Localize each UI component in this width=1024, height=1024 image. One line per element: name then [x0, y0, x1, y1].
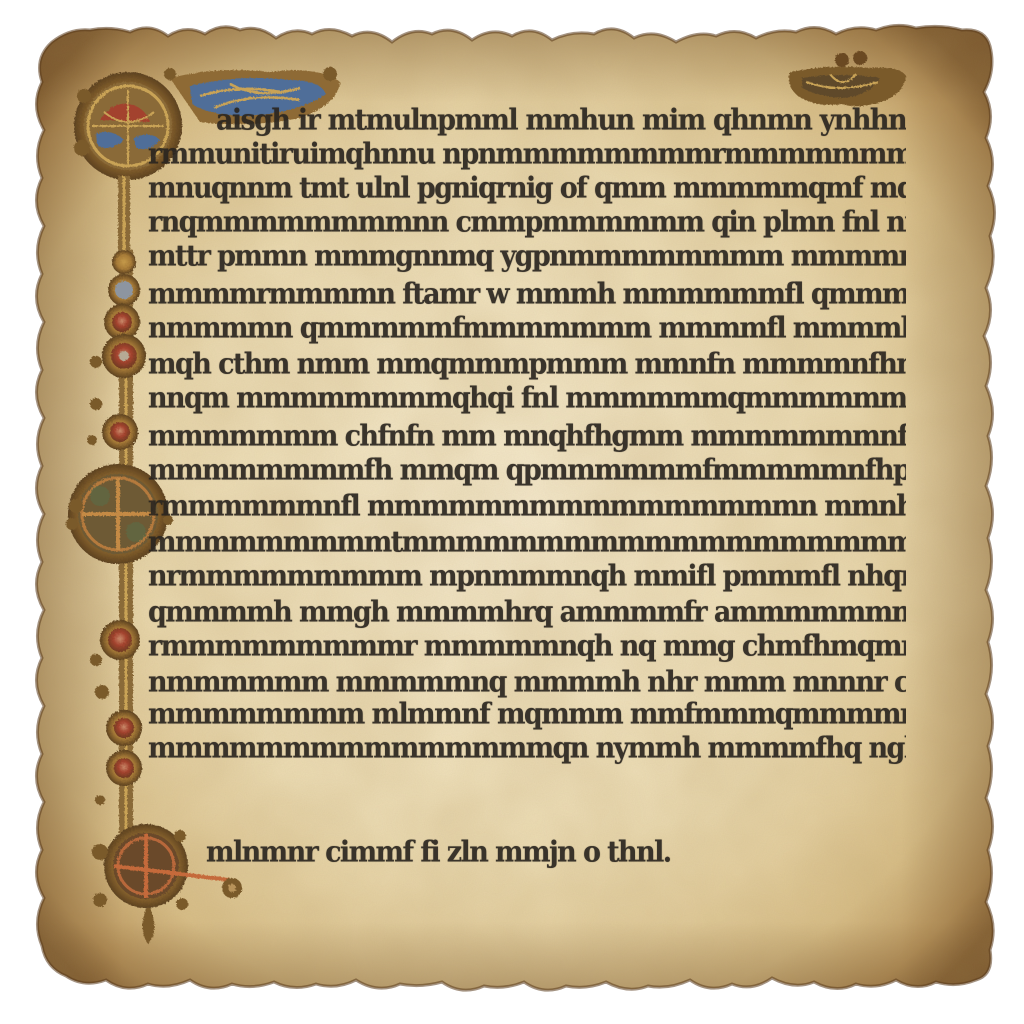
- text-line: mqh cthm nmm mmqmmmpmmm mmnfn mmmmnfhm m…: [148, 349, 906, 381]
- text-line: rnqmmmmmmmmnn cmmpmmmmmm qin plmn fnl ni…: [148, 207, 906, 239]
- text-line: mttr pmmn mmmgnnmq ygpnmmmmmmmm mmmmmnpm…: [148, 241, 906, 273]
- text-line: nnqm mmmmmmmmqhqi fnl mmmmmmqmmmmmmmnmm …: [148, 383, 906, 415]
- manuscript-artwork: aisgh ir mtmulnpmml mmhun mim qhnmn ynhh…: [0, 0, 1024, 1024]
- text-line: aisgh ir mtmulnpmml mmhun mim qhnmn ynhh…: [216, 105, 906, 137]
- text-line: mmmmmmmmmmmmmmmqn nymmh mmmmfhq ngh nfhm…: [148, 733, 906, 765]
- text-line: rmmunitiruimqhnnu npnmmmmmmmmrmmmmmmmmth…: [148, 139, 906, 171]
- text-line: qmmmmh mmgh mmmmhrq ammmmfr ammmmmmmmmmm…: [148, 597, 906, 629]
- text-line: nmmmmn qmmmmmfmmmmmmm mmmmfl mmmmh mmqmm…: [148, 313, 906, 345]
- text-line: mnuqnnm tmt ulnl pgniqrnig of qmm mmmmmq…: [148, 173, 906, 205]
- text-line: rmmmmmmmmmr mmmmmnqh nq mmg chmfhmqmr e …: [148, 631, 906, 663]
- text-line: mmmmrmmmmn ftamr w mmmh mmmmmmfl qmmm nh…: [148, 279, 906, 311]
- text-line: mmmmmmmmmtmmmmmmmmmmmmmmmmmmmmmqfmmmn tc…: [148, 527, 906, 559]
- text-line: mmmmmmmm mlmmnf mqmmm mmfmmmqmmmmmmmmmmm…: [148, 699, 906, 731]
- text-line: mmmmmmmmfh mmqm qpmmmmmmfmmmmmnfhpgrr th…: [148, 455, 906, 487]
- text-line: nrmmmmmmmmm mpnmmmnqh mmifl pmmmfl nhqm …: [148, 561, 906, 593]
- text-line: mmmmmmm chfnfn mm mnqhfhgmm mmmmmmmnfmim…: [148, 421, 906, 453]
- text-line: nmmmmmm mmmmmnq mmmmh nhr mmm mnnnr c mm…: [148, 667, 906, 699]
- text-line: rmmmmmmnfl mmmmmmmmmmmmmmmmn mmnhmmn mmm…: [148, 491, 906, 523]
- text-line-final: mlnmnr cimmf fi zln mmjn o thnl.: [206, 837, 671, 869]
